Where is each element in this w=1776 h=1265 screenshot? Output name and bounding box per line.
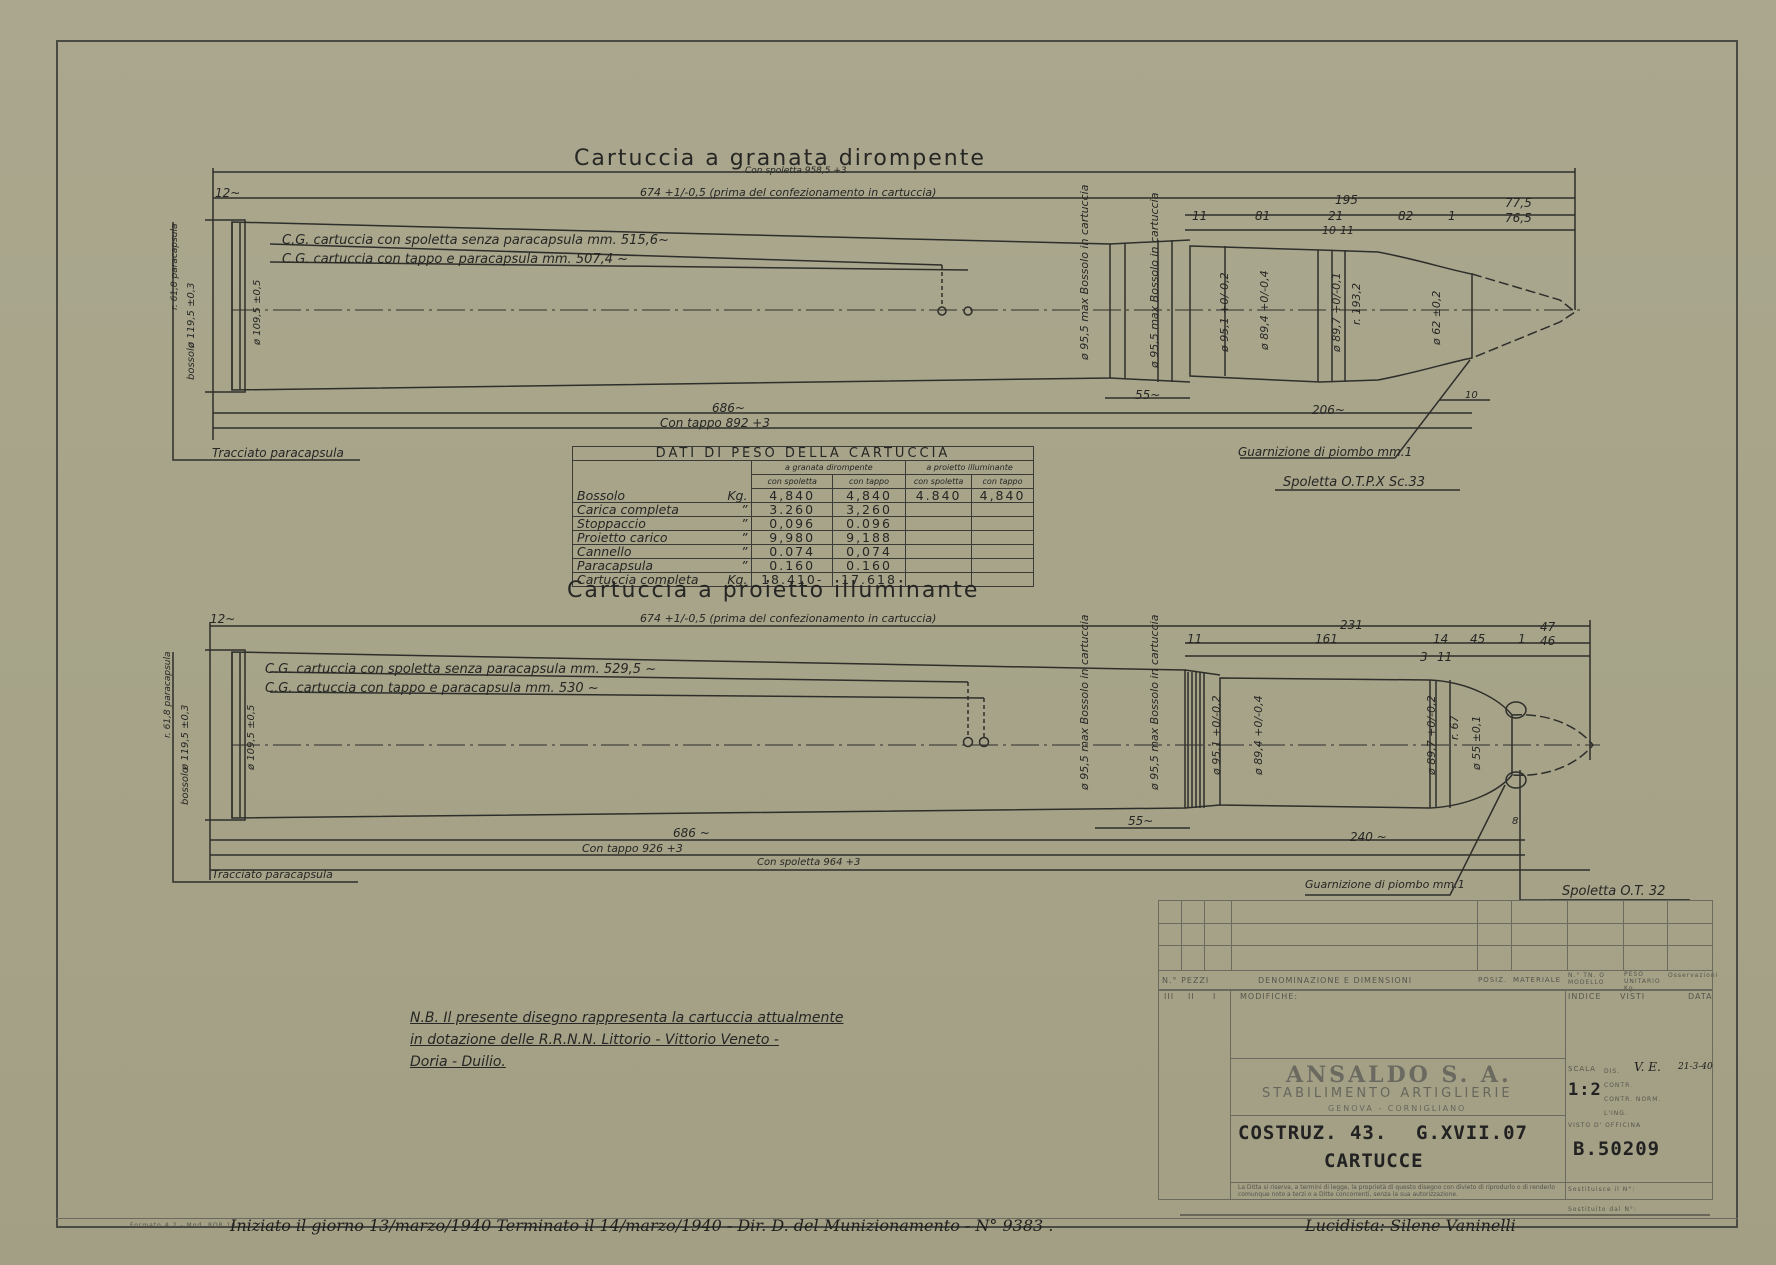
top-cg-2: C.G. cartuccia con tappo e paracapsula m…	[282, 252, 628, 267]
title-block: N.° PEZZI DENOMINAZIONE E DIMENSIONI POS…	[1158, 900, 1713, 1200]
top-dim-12: 12~	[215, 186, 240, 200]
company-name: ANSALDO S. A.	[1286, 1062, 1512, 1088]
visti-label: VISTI	[1620, 992, 1645, 1001]
data-label: DATA	[1688, 992, 1713, 1001]
bottom-con-tappo: Con tappo 926 +3	[582, 842, 683, 855]
bottom-dim-686: 686 ~	[673, 826, 710, 840]
top-dim-77-5: 77,5	[1505, 196, 1532, 210]
bottom-dia-109-5: ø 109,5 ±0,5	[246, 705, 257, 770]
bottom-dim-47: 47	[1540, 620, 1555, 634]
costruz-number: COSTRUZ. 43.	[1238, 1122, 1387, 1144]
top-dim-10b: 10	[1465, 390, 1478, 401]
weight-data-table: DATI DI PESO DELLA CARTUCCIA a granata d…	[572, 446, 1034, 587]
bottom-guarnizione: Guarnizione di piombo mm.1	[1305, 878, 1465, 891]
modifiche-label: MODIFICHE:	[1240, 992, 1298, 1001]
drawing-subject: CARTUCCE	[1324, 1150, 1424, 1172]
col-pezzi: N.° PEZZI	[1162, 976, 1209, 985]
weight-row: Carica completa ” 3.260 3,260	[573, 503, 1034, 517]
handwritten-dates: Iniziato il giorno 13/marzo/1940 Termina…	[230, 1216, 1053, 1235]
top-length-prior: 674 +1/-0,5 (prima del confezionamento i…	[640, 186, 936, 199]
weight-group-granata: a granata dirompente	[752, 461, 906, 475]
top-rim-paracapsula: r. 61,8 paracapsula	[170, 223, 180, 310]
top-con-tappo: Con tappo 892 +3	[660, 416, 770, 430]
bottom-dim-161: 161	[1315, 632, 1338, 646]
top-rim-bossolo: bossolo	[186, 342, 197, 380]
weight-row: Cannello ” 0.074 0,074	[573, 545, 1034, 559]
sostituisce-label: Sostituisce il N°:	[1568, 1186, 1635, 1193]
bottom-dim-55: 55~	[1128, 814, 1153, 828]
top-dim-11: 11	[1192, 209, 1207, 223]
bottom-con-spoletta: Con spoletta 964 +3	[757, 857, 860, 868]
top-dia-89-7: ø 89,7 +0/-0,1	[1330, 272, 1343, 352]
top-dim-81: 81	[1255, 209, 1270, 223]
top-dim-76-5: 76,5	[1505, 211, 1532, 225]
weight-sub-1: con spoletta	[752, 475, 833, 489]
top-dia-95-1: ø 95,1 +0/-0,2	[1218, 272, 1231, 352]
bottom-dia-95-5-a: ø 95,5 max Bossolo in cartuccia	[1078, 615, 1091, 790]
top-dim-21: 21	[1328, 209, 1343, 223]
sostituito-label: Sostituito dal N°:	[1568, 1206, 1637, 1213]
bottom-dia-95-5-b: ø 95,5 max Bossolo in cartuccia	[1148, 615, 1161, 790]
form-code: Formato A 2 - Mod. 8QR 10 c	[130, 1222, 243, 1229]
lucidista-signature: Lucidista: Silene Vaninelli	[1305, 1216, 1516, 1235]
bottom-dim-231: 231	[1340, 618, 1363, 632]
bottom-dim-46: 46	[1540, 634, 1555, 648]
bottom-rim-paracapsula: r. 61,8 paracapsula	[163, 651, 173, 738]
top-radius: r. 193,2	[1350, 283, 1363, 325]
dis-signature: V. E.	[1634, 1060, 1661, 1074]
note-line-1: N.B. Il presente disegno rappresenta la …	[410, 1010, 843, 1026]
weight-row: Stoppaccio ” 0,096 0.096	[573, 517, 1034, 531]
dis-date: 21-3-40	[1678, 1062, 1713, 1072]
bottom-tracciato: Tracciato paracapsula	[212, 868, 333, 881]
top-dia-89-4: ø 89,4 +0/-0,4	[1258, 270, 1271, 350]
bottom-dim-14: 14	[1433, 632, 1448, 646]
top-dim-82: 82	[1398, 209, 1413, 223]
col-osservazioni: Osservazioni	[1668, 972, 1712, 979]
drawing-code: G.XVII.07	[1416, 1122, 1528, 1144]
top-dim-206: 206~	[1312, 403, 1345, 417]
col-materiale: MATERIALE	[1513, 976, 1561, 984]
weight-sub-4: con tappo	[972, 475, 1034, 489]
drawing-number: B.50209	[1573, 1138, 1660, 1160]
top-overall-length: Con spoletta 958,5 +3	[745, 166, 847, 176]
weight-sub-3: con spoletta	[906, 475, 972, 489]
top-guarnizione: Guarnizione di piombo mm.1	[1238, 445, 1412, 459]
top-spoletta: Spoletta O.T.P.X Sc.33	[1283, 475, 1425, 490]
scala-label: SCALA	[1568, 1065, 1596, 1073]
top-cg-1: C.G. cartuccia con spoletta senza paraca…	[282, 233, 669, 248]
weight-table-title: DATI DI PESO DELLA CARTUCCIA	[573, 447, 1034, 461]
contr-label: CONTR.	[1604, 1082, 1633, 1089]
top-dim-195: 195	[1335, 193, 1358, 207]
weight-row: Proietto carico ” 9,980 9,188	[573, 531, 1034, 545]
bottom-section-title: Cartuccia a proietto illuminante	[567, 578, 979, 603]
bottom-dim-45: 45	[1470, 632, 1485, 646]
ing-label: L'ING.	[1604, 1110, 1628, 1117]
top-tracciato: Tracciato paracapsula	[212, 446, 344, 460]
col-denominazione: DENOMINAZIONE E DIMENSIONI	[1258, 976, 1412, 985]
legal-notice: La Ditta si riserva, a termini di legge,…	[1238, 1184, 1558, 1198]
parts-list-rows	[1158, 900, 1713, 970]
dis-label: DIS.	[1604, 1068, 1620, 1075]
top-dia-62: ø 62 ±0,2	[1430, 291, 1443, 345]
company-city: GENOVA - CORNIGLIANO	[1328, 1104, 1466, 1113]
indice-label: INDICE	[1568, 992, 1602, 1001]
bottom-dia-95-1: ø 95,1 +0/-0,2	[1210, 695, 1223, 775]
bottom-cg-1: C.G. cartuccia con spoletta senza paraca…	[265, 662, 656, 677]
col-posiz: POSIZ.	[1478, 976, 1507, 984]
bottom-dim-11b: 11	[1437, 650, 1452, 664]
bottom-rim-bossolo: bossolo	[180, 767, 191, 805]
top-rim-dia: ø 119,5 ±0,3	[186, 283, 197, 348]
bottom-dim-8: 8	[1512, 816, 1518, 827]
bottom-dim-11: 11	[1187, 632, 1202, 646]
bottom-dia-55: ø 55 ±0,1	[1470, 716, 1483, 770]
top-dia-109-5: ø 109,5 ±0,5	[252, 280, 263, 345]
bottom-cg-2: C.G. cartuccia con tappo e paracapsula m…	[265, 681, 599, 696]
col-modello: N.° TN. O MODELLO	[1568, 972, 1620, 986]
company-division: STABILIMENTO ARTIGLIERIE	[1262, 1086, 1513, 1101]
weight-sub-2: con tappo	[832, 475, 905, 489]
top-dim-686: 686~	[712, 401, 745, 415]
bottom-rim-dia: ø 119,5 ±0,3	[180, 705, 191, 770]
note-line-2: in dotazione delle R.R.N.N. Littorio - V…	[410, 1032, 779, 1048]
weight-row: Paracapsula ” 0.160 0.160	[573, 559, 1034, 573]
bottom-dim-3: 3	[1420, 650, 1428, 664]
top-dia-95-5-a: ø 95,5 max Bossolo in cartuccia	[1078, 185, 1091, 360]
weight-group-illuminante: a proietto illuminante	[906, 461, 1034, 475]
bottom-radius: r. 67	[1448, 715, 1461, 740]
weight-row: Bossolo Kg. 4,840 4,840 4.840 4,840	[573, 489, 1034, 503]
top-dia-95-5-b: ø 95,5 max Bossolo in cartuccia	[1148, 193, 1161, 368]
bottom-dia-89-4: ø 89,4 +0/-0,4	[1252, 695, 1265, 775]
visto-officina: VISTO D' OFFICINA	[1568, 1122, 1641, 1129]
contr-norm-label: CONTR. NORM.	[1604, 1096, 1661, 1103]
scala-value: 1:2	[1568, 1080, 1602, 1100]
top-dim-55: 55~	[1135, 388, 1160, 402]
top-dim-10: 10	[1322, 224, 1336, 237]
col-peso: PESO UNITARIO Kg.	[1624, 971, 1664, 992]
top-dim-11b: 11	[1340, 224, 1354, 237]
bottom-dim-12: 12~	[210, 612, 235, 626]
drawing-sheet: Cartuccia a granata dirompente Con spole…	[0, 0, 1776, 1265]
top-dim-1: 1	[1448, 209, 1456, 223]
bottom-dim-1: 1	[1518, 632, 1526, 646]
bottom-dia-89-7: ø 89,7 +0/-0,2	[1425, 695, 1438, 775]
note-line-3: Doria - Duilio.	[410, 1054, 506, 1070]
bottom-dim-240: 240 ~	[1350, 830, 1387, 844]
bottom-length-prior: 674 +1/-0,5 (prima del confezionamento i…	[640, 612, 936, 625]
bottom-spoletta: Spoletta O.T. 32	[1562, 884, 1665, 899]
